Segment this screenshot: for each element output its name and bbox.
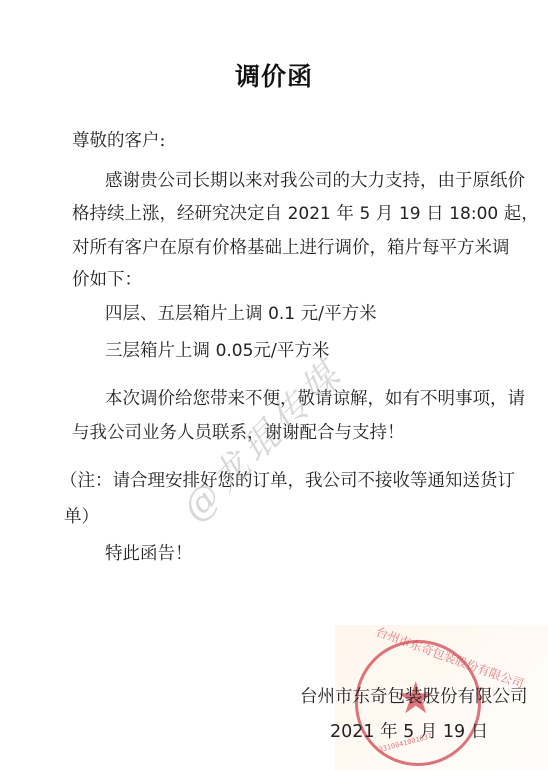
text-segment: 起，: [498, 204, 539, 224]
document-title: 调价函: [0, 57, 548, 93]
text-segment: 日: [421, 204, 450, 224]
effective-time: 18:00: [449, 204, 498, 224]
paragraph-1-line-4: 价如下：: [72, 269, 142, 291]
paragraph-1-line-2: 格持续上涨，经研究决定自 2021 年 5 月 19 日 18:00 起，: [72, 203, 539, 225]
effective-month: 5: [359, 204, 370, 224]
text-segment: 格持续上涨，经研究决定自: [72, 204, 288, 224]
price-value: 0.05: [216, 341, 254, 361]
salutation: 尊敬的客户:: [72, 130, 165, 152]
price-item-3-layer: 三层箱片上调 0.05元/平方米: [105, 340, 329, 362]
price-label: 四层、五层箱片上调: [105, 304, 268, 324]
price-unit: 元/平方米: [295, 304, 376, 324]
effective-day: 19: [399, 204, 421, 224]
note-line-1: （注：请合理安排好您的订单，我公司不接收等通知送货订: [60, 470, 515, 492]
paragraph-1-line-3: 对所有客户在原有价格基础上进行调价，箱片每平方米调: [72, 237, 510, 259]
paragraph-1-line-1: 感谢贵公司长期以来对我公司的大力支持，由于原纸价: [105, 170, 525, 192]
price-item-4-5-layer: 四层、五层箱片上调 0.1 元/平方米: [105, 303, 377, 325]
note-line-2: 单）: [64, 506, 99, 528]
signature-company: 台州市东奇包装股份有限公司: [300, 683, 528, 708]
document-page: 调价函 尊敬的客户: 感谢贵公司长期以来对我公司的大力支持，由于原纸价 格持续上…: [0, 0, 548, 770]
text-segment: 月: [370, 204, 399, 224]
signature-date: 2021 年 5 月 19 日: [330, 718, 488, 743]
price-value: 0.1: [268, 304, 295, 324]
effective-year: 2021: [288, 204, 331, 224]
text-segment: 年: [331, 204, 360, 224]
price-label: 三层箱片上调: [105, 341, 216, 361]
closing-line: 特此函告！: [105, 543, 193, 565]
